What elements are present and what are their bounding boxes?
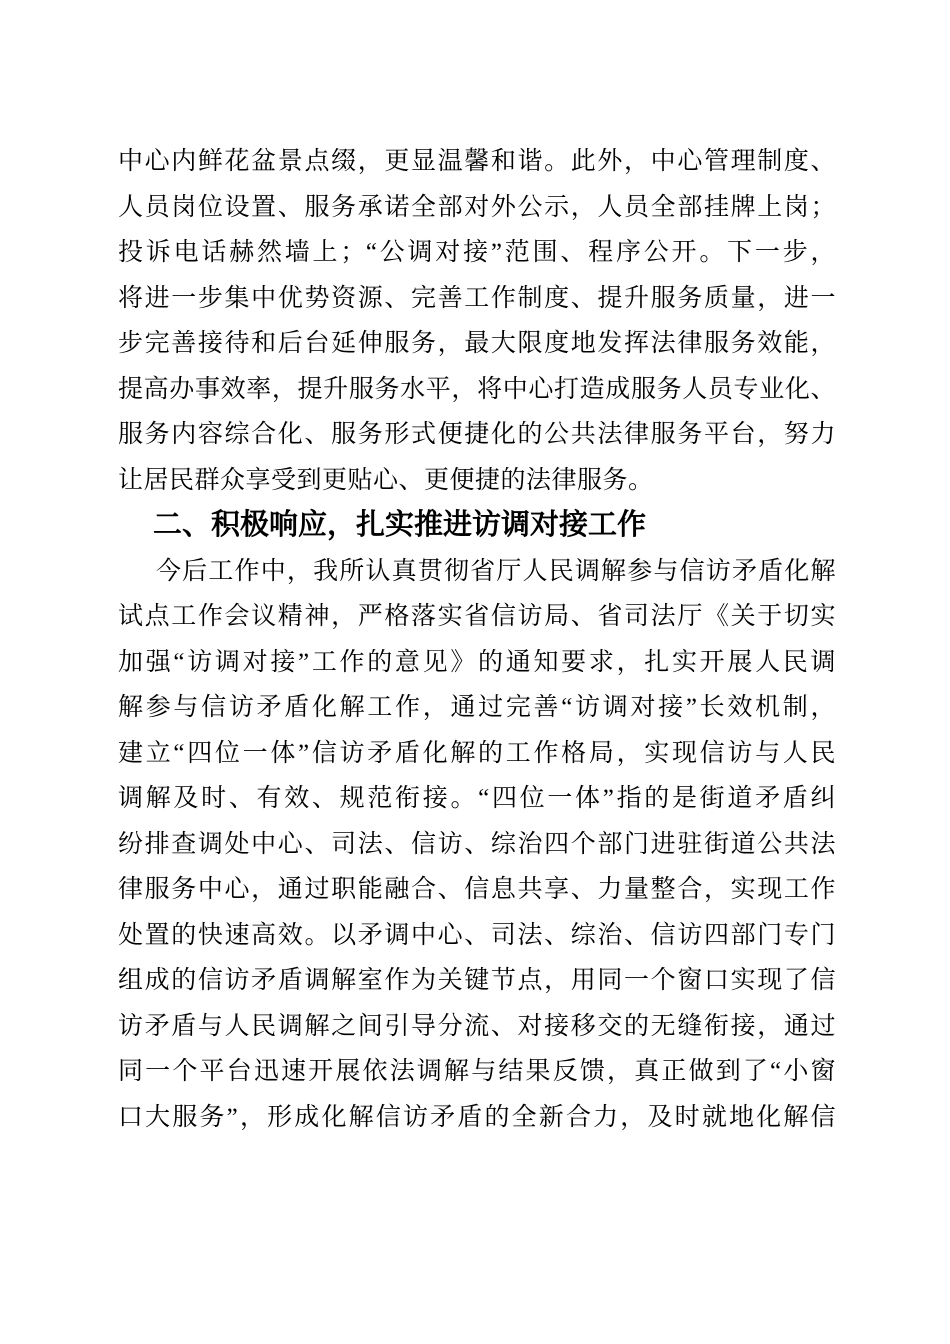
paragraph-2-line: 同一个平台迅速开展依法调解与结果反馈，真正做到了“小窗 (118, 1049, 836, 1095)
document-page: 中心内鲜花盆景点缀，更显温馨和谐。此外，中心管理制度、 人员岗位设置、服务承诺全… (0, 0, 950, 1344)
paragraph-1-line: 投诉电话赫然墙上；“公调对接”范围、程序公开。下一步， (118, 230, 836, 276)
paragraph-2-line: 解参与信访矛盾化解工作，通过完善“访调对接”长效机制， (118, 685, 836, 731)
paragraph-1-line: 服务内容综合化、服务形式便捷化的公共法律服务平台，努力 (118, 412, 836, 458)
paragraph-2-line: 建立“四位一体”信访矛盾化解的工作格局，实现信访与人民 (118, 731, 836, 777)
paragraph-2-line: 律服务中心，通过职能融合、信息共享、力量整合，实现工作 (118, 867, 836, 913)
paragraph-1-line: 人员岗位设置、服务承诺全部对外公示，人员全部挂牌上岗； (118, 185, 836, 231)
paragraph-2-line: 口大服务”，形成化解信访矛盾的全新合力，及时就地化解信 (118, 1095, 836, 1141)
text-block: 中心内鲜花盆景点缀，更显温馨和谐。此外，中心管理制度、 人员岗位设置、服务承诺全… (118, 139, 836, 1140)
paragraph-1-line: 中心内鲜花盆景点缀，更显温馨和谐。此外，中心管理制度、 (118, 139, 836, 185)
paragraph-1-line: 提高办事效率，提升服务水平，将中心打造成服务人员专业化、 (118, 367, 836, 413)
paragraph-1-line: 将进一步集中优势资源、完善工作制度、提升服务质量，进一 (118, 276, 836, 322)
paragraph-2-line: 今后工作中，我所认真贯彻省厅人民调解参与信访矛盾化解 (118, 549, 836, 595)
section-heading: 二、积极响应，扎实推进访调对接工作 (118, 503, 836, 549)
paragraph-2-line: 纷排查调处中心、司法、信访、综治四个部门进驻街道公共法 (118, 822, 836, 868)
paragraph-2-line: 加强“访调对接”工作的意见》的通知要求，扎实开展人民调 (118, 640, 836, 686)
paragraph-2-line: 调解及时、有效、规范衔接。“四位一体”指的是街道矛盾纠 (118, 776, 836, 822)
paragraph-1-line: 步完善接待和后台延伸服务，最大限度地发挥法律服务效能， (118, 321, 836, 367)
paragraph-2-line: 处置的快速高效。以矛调中心、司法、综治、信访四部门专门 (118, 913, 836, 959)
paragraph-2-line: 访矛盾与人民调解之间引导分流、对接移交的无缝衔接，通过 (118, 1004, 836, 1050)
paragraph-2-line: 试点工作会议精神，严格落实省信访局、省司法厅《关于切实 (118, 594, 836, 640)
paragraph-1-line: 让居民群众享受到更贴心、更便捷的法律服务。 (118, 458, 836, 504)
paragraph-2-line: 组成的信访矛盾调解室作为关键节点，用同一个窗口实现了信 (118, 958, 836, 1004)
